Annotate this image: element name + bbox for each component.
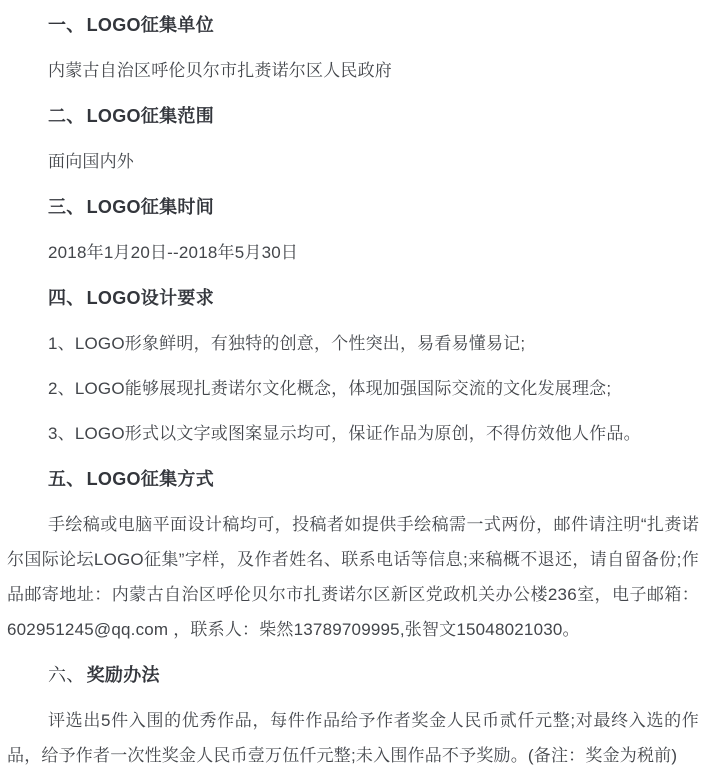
paragraph-collecting-time: 2018年1月20日--2018年5月30日	[7, 235, 699, 270]
heading-title: LOGO征集方式	[87, 469, 214, 489]
section-heading-collecting-unit: 一、LOGO征集单位	[7, 13, 699, 37]
heading-number: 六、	[48, 665, 85, 685]
section-heading-design-requirements: 四、LOGO设计要求	[7, 286, 699, 310]
section-heading-collecting-time: 三、LOGO征集时间	[7, 195, 699, 219]
document-page: 一、LOGO征集单位 内蒙古自治区呼伦贝尔市扎赉诺尔区人民政府 二、LOGO征集…	[0, 0, 705, 783]
heading-title: LOGO设计要求	[87, 288, 214, 308]
heading-title: LOGO征集单位	[87, 15, 214, 35]
section-heading-reward-rules: 六、奖励办法	[7, 663, 699, 687]
paragraph-requirement-3: 3、LOGO形式以文字或图案显示均可，保证作品为原创，不得仿效他人作品。	[7, 416, 699, 451]
article-body: 一、LOGO征集单位 内蒙古自治区呼伦贝尔市扎赉诺尔区人民政府 二、LOGO征集…	[7, 13, 699, 773]
heading-number: 五、	[48, 469, 85, 489]
section-heading-submission-method: 五、LOGO征集方式	[7, 467, 699, 491]
paragraph-collecting-unit: 内蒙古自治区呼伦贝尔市扎赉诺尔区人民政府	[7, 53, 699, 88]
heading-title: LOGO征集范围	[87, 106, 214, 126]
heading-number: 三、	[48, 197, 85, 217]
paragraph-collecting-scope: 面向国内外	[7, 144, 699, 179]
section-heading-collecting-scope: 二、LOGO征集范围	[7, 104, 699, 128]
paragraph-submission-method: 手绘稿或电脑平面设计稿均可，投稿者如提供手绘稿需一式两份，邮件请注明“扎赉诺尔国…	[7, 507, 699, 647]
heading-number: 一、	[48, 15, 85, 35]
heading-number: 二、	[48, 106, 85, 126]
heading-number: 四、	[48, 288, 85, 308]
paragraph-requirement-2: 2、LOGO能够展现扎赉诺尔文化概念，体现加强国际交流的文化发展理念;	[7, 371, 699, 406]
heading-title: LOGO征集时间	[87, 197, 214, 217]
heading-title: 奖励办法	[87, 665, 160, 685]
paragraph-requirement-1: 1、LOGO形象鲜明，有独特的创意，个性突出，易看易懂易记;	[7, 326, 699, 361]
paragraph-reward-rules: 评选出5件入围的优秀作品，每件作品给予作者奖金人民币贰仟元整;对最终入选的作品，…	[7, 703, 699, 773]
